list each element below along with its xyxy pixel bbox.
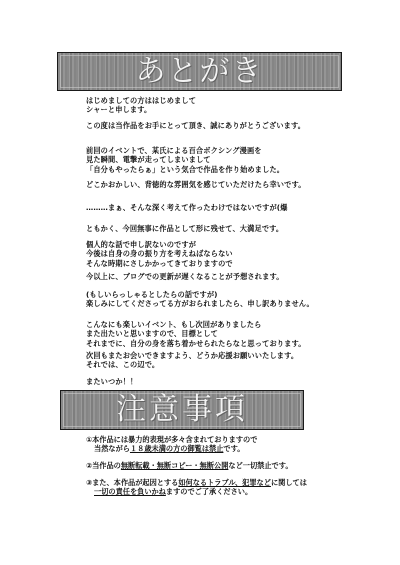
text-segment: 当然ながら bbox=[94, 444, 130, 453]
text-line: 楽しみにしてくださってる方がおられましたら、申し訳ありません。 bbox=[86, 299, 314, 308]
text-line: 本作品には暴力的表現が多々含まれておりますので bbox=[92, 435, 257, 444]
text-line: 今以上に、ブログでの更新が遅くなることが予想されます。 bbox=[86, 272, 284, 281]
paragraph-atmosphere: どこかおかしい、背徳的な雰囲気を感じていただけたら幸いです。 bbox=[86, 180, 306, 189]
paragraph-closing: 次回もまたお会いできますよう、どうか応援お願いいたします。 それでは、この辺で。 bbox=[86, 351, 298, 370]
paragraph-blog: 今以上に、ブログでの更新が遅くなることが予想されます。 bbox=[86, 272, 284, 281]
text-line: 「自分もやったらぁ」という気合で作品を作り始めました。 bbox=[86, 165, 284, 174]
paragraph-next-event: こんなにも楽しいイベント、もし次回がありましたら また出たいと思いますので、目標… bbox=[86, 320, 306, 348]
text-segment: 当作品の bbox=[92, 461, 121, 470]
text-line: 見た瞬間、電撃が走ってしまいまして bbox=[86, 155, 284, 164]
text-line: そんな時期にさしかかってきておりますので bbox=[86, 259, 233, 268]
text-line: ともかく、今回無事に作品として形に残せて、大満足です。 bbox=[86, 224, 283, 233]
text-line: またいつか！！ bbox=[86, 377, 137, 386]
text-line: また出たいと思いますので、目標として bbox=[86, 329, 306, 338]
notice-item-1: ①本作品には暴力的表現が多々含まれておりますので 当然ながら１８歳未満の方の御覧… bbox=[86, 435, 257, 454]
underlined-warning: 無断転載・無断コピー・無断公開 bbox=[121, 461, 229, 470]
paragraph-farewell: またいつか！！ bbox=[86, 377, 137, 386]
underlined-warning: 一切の責任を負いかね bbox=[94, 487, 166, 496]
text-line: ………まぁ、そんな深く考えて作ったわけではないですが(爆 bbox=[86, 203, 288, 212]
afterword-banner: あとがき bbox=[57, 52, 342, 91]
text-line: (もしいらっしゃるとしたらの話ですが) bbox=[86, 290, 314, 299]
notice-banner: 注意事項 bbox=[60, 390, 304, 430]
text-segment: です。 bbox=[223, 444, 244, 453]
text-line: 今後は自身の身の振り方を考えねばならない bbox=[86, 249, 233, 258]
paragraph-personal: 個人的な話で申し訳ないのですが 今後は自身の身の振り方を考えねばならない そんな… bbox=[86, 240, 233, 268]
text-segment: など一切禁止です。 bbox=[228, 461, 292, 470]
text-line: どこかおかしい、背徳的な雰囲気を感じていただけたら幸いです。 bbox=[86, 180, 306, 189]
underlined-warning: 如何なるトラブル、犯罪など bbox=[178, 478, 271, 487]
text-segment: に関しては bbox=[271, 478, 307, 487]
paragraph-thanks: この度は当作品をお手にとって頂き、誠にありがとうございます。 bbox=[86, 121, 305, 130]
underlined-warning: １８歳未満の方の御覧は禁止 bbox=[130, 444, 223, 453]
notice-title: 注意事項 bbox=[116, 392, 248, 428]
notice-item-2: ②当作品の無断転載・無断コピー・無断公開など一切禁止です。 bbox=[86, 461, 293, 470]
paragraph-greeting: はじめましての方ははじめまして シャーと申します。 bbox=[86, 96, 196, 115]
paragraph-motivation: 前回のイベントで、某氏による百合ボクシング漫画を 見た瞬間、電撃が走ってしまいま… bbox=[86, 146, 284, 174]
notice-item-3: ③また、本作品が起因とする如何なるトラブル、犯罪などに関しては 一切の責任を負い… bbox=[86, 478, 307, 497]
paragraph-joke: ………まぁ、そんな深く考えて作ったわけではないですが(爆 bbox=[86, 203, 288, 212]
text-line: 前回のイベントで、某氏による百合ボクシング漫画を bbox=[86, 146, 284, 155]
text-line: シャーと申します。 bbox=[86, 105, 196, 114]
text-line: こんなにも楽しいイベント、もし次回がありましたら bbox=[86, 320, 306, 329]
afterword-title: あとがき bbox=[136, 54, 264, 90]
text-segment: また、本作品が起因とする bbox=[92, 478, 178, 487]
text-line: はじめましての方ははじめまして bbox=[86, 96, 196, 105]
text-line: それまでに、自分の身を落ち着かせられたらなと思っております。 bbox=[86, 339, 306, 348]
text-line: 次回もまたお会いできますよう、どうか応援お願いいたします。 bbox=[86, 351, 298, 360]
text-line: 個人的な話で申し訳ないのですが bbox=[86, 240, 233, 249]
text-segment: ますのでご了承ください。 bbox=[166, 487, 252, 496]
text-line: それでは、この辺で。 bbox=[86, 360, 298, 369]
text-line: この度は当作品をお手にとって頂き、誠にありがとうございます。 bbox=[86, 121, 305, 130]
paragraph-apology: (もしいらっしゃるとしたらの話ですが) 楽しみにしてくださってる方がおられました… bbox=[86, 290, 314, 309]
paragraph-satisfaction: ともかく、今回無事に作品として形に残せて、大満足です。 bbox=[86, 224, 283, 233]
